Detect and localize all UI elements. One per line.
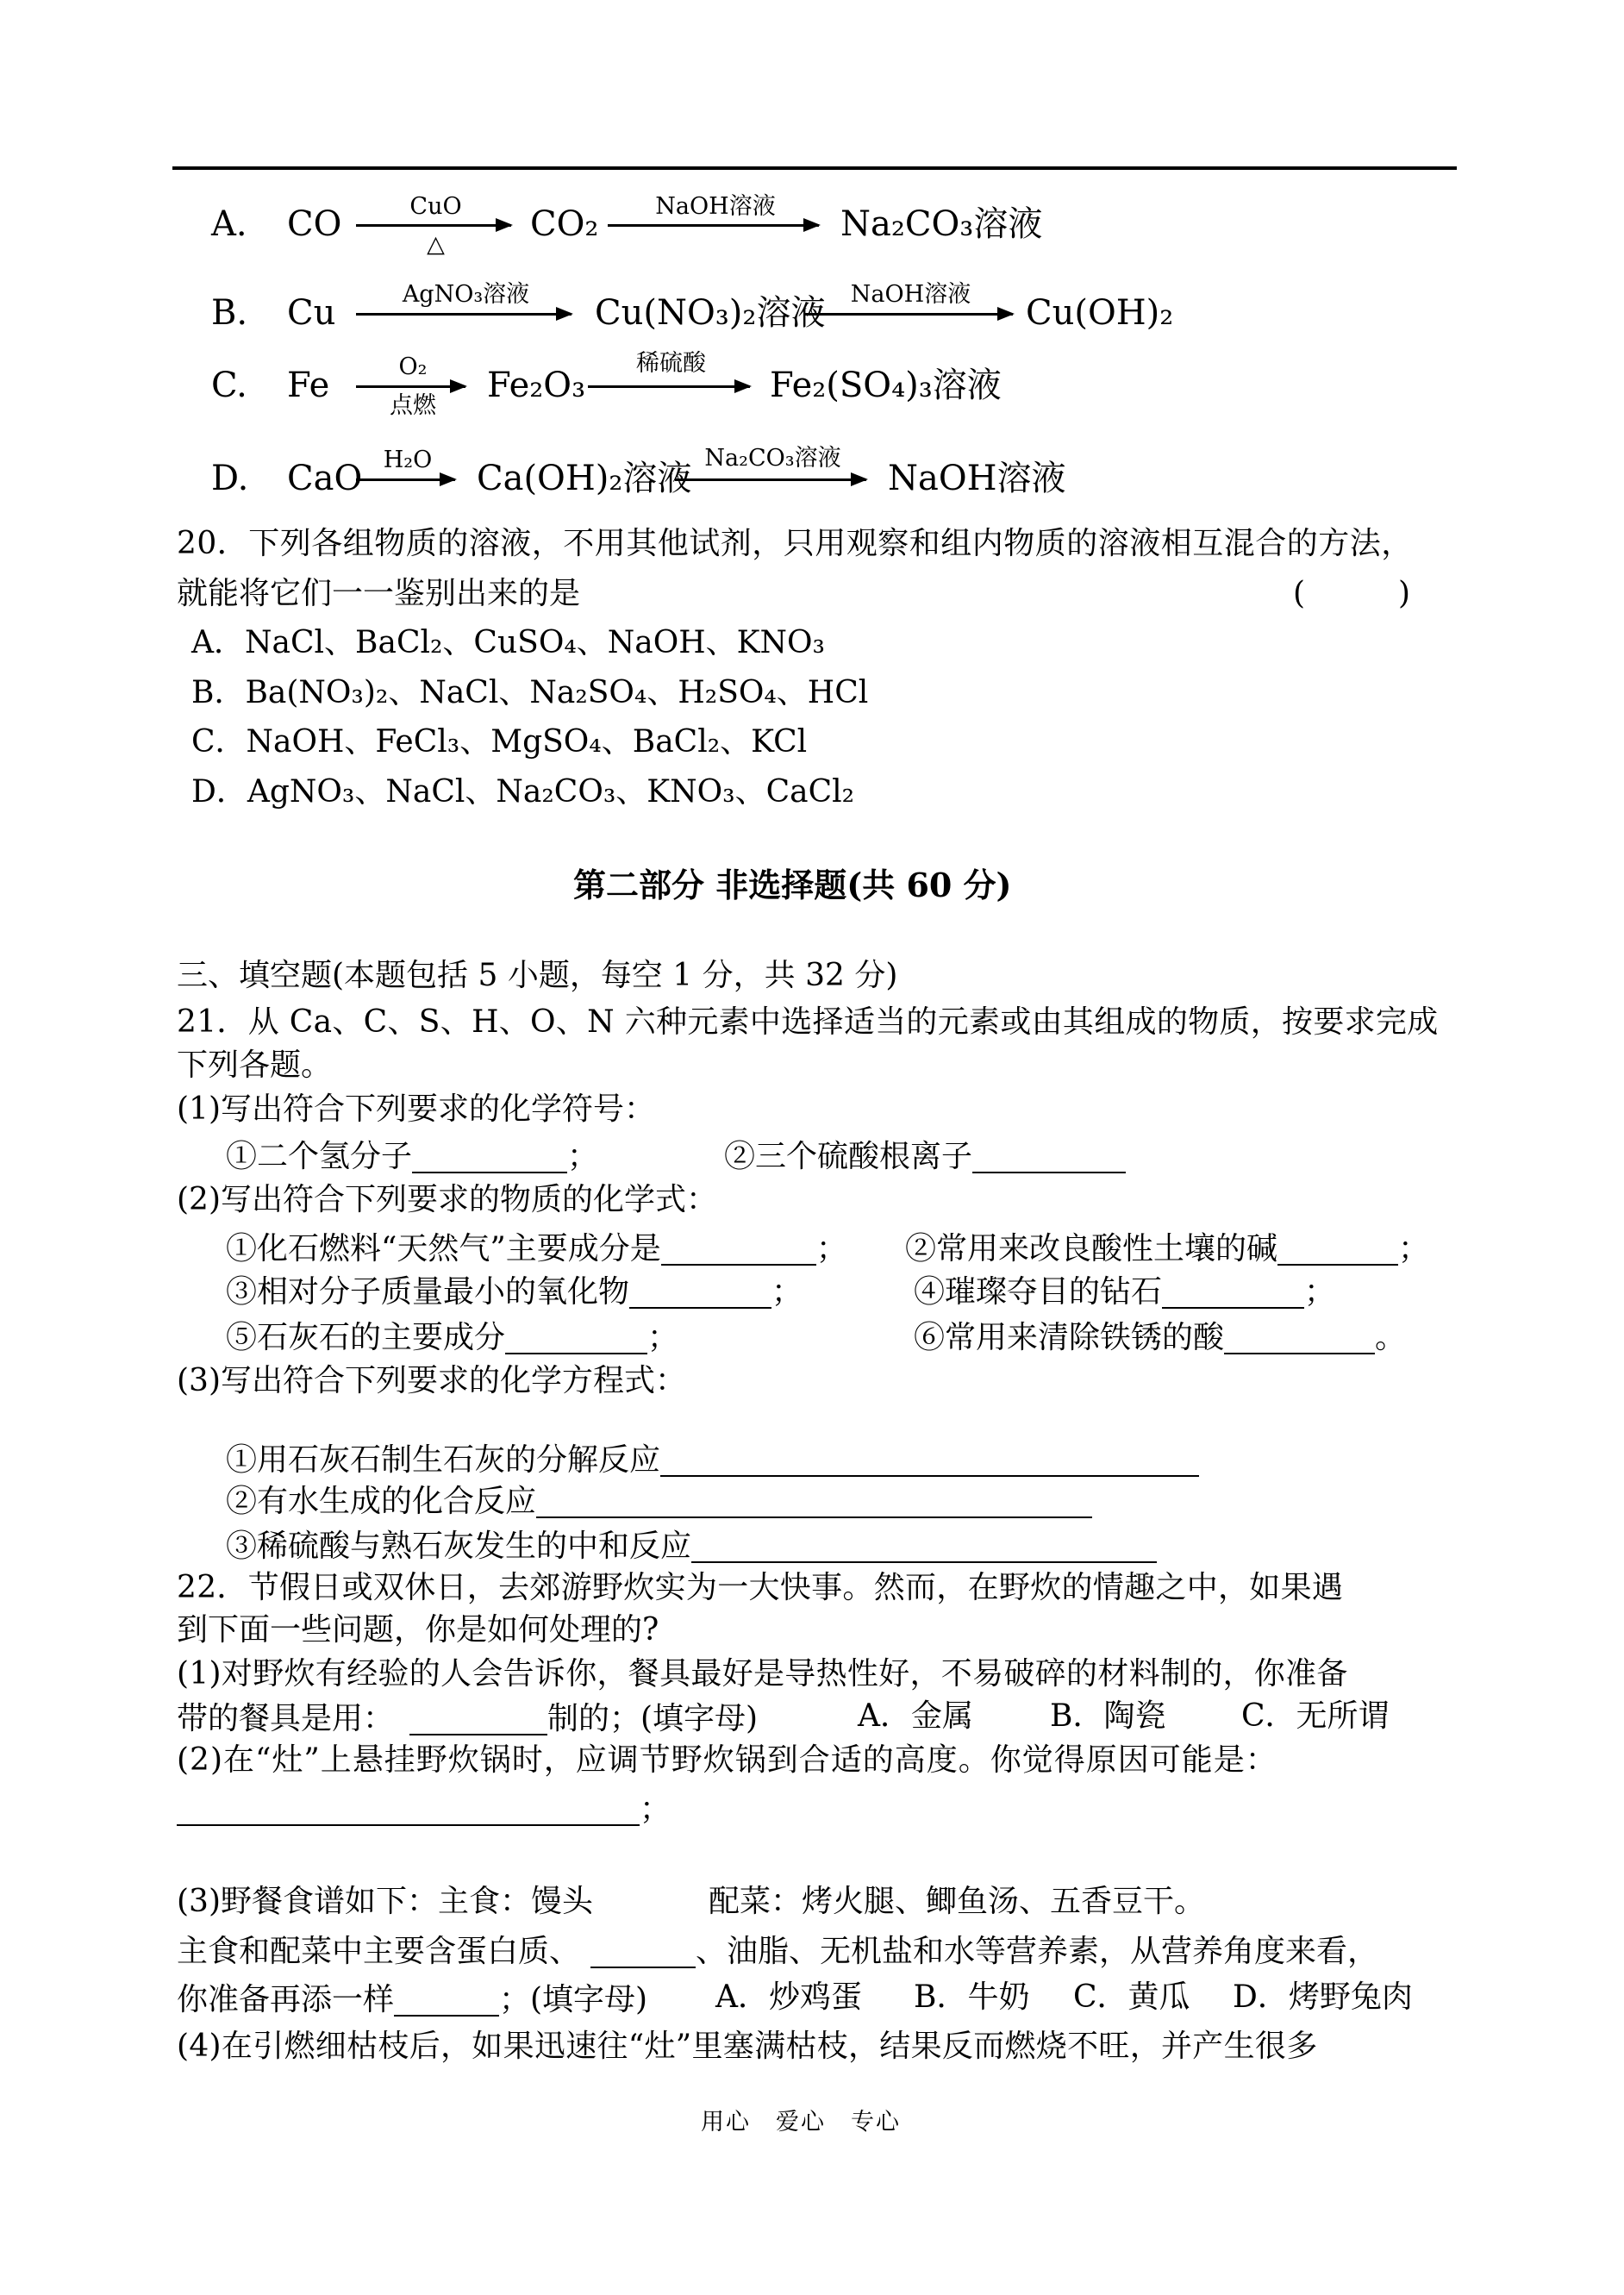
answer-blank[interactable] xyxy=(1224,1320,1375,1354)
answer-blank[interactable] xyxy=(394,1982,499,2017)
q22-sub3-menu-sides: 配菜：烤火腿、鲫鱼汤、五香豆干。 xyxy=(709,1886,1205,1917)
q22-sub3-menu-main: (3)野餐食谱如下：主食：馒头 xyxy=(177,1886,593,1917)
q21-sub2-heading: (2)写出符合下列要求的物质的化学式： xyxy=(177,1185,717,1216)
q22-sub3-suffix: 、油脂、无机盐和水等营养素，从营养角度来看， xyxy=(696,1934,1378,1969)
q22-sub3-line3: 你准备再添一样；(填字母) xyxy=(177,1982,647,2017)
condition-above: O₂ xyxy=(356,355,470,378)
q20-option-b: B．Ba(NO₃)₂、NaCl、Na₂SO₄、H₂SO₄、HCl xyxy=(191,678,868,709)
choice-d: D．烤野兔肉 xyxy=(1233,1982,1413,2013)
q22-sub3-prompt: 主食和配菜中主要含蛋白质、 xyxy=(177,1934,580,1969)
answer-blank[interactable] xyxy=(505,1320,647,1354)
answer-blank[interactable] xyxy=(177,1792,640,1826)
q20-stem-line2: 就能将它们一一鉴别出来的是 xyxy=(177,578,580,610)
answer-blank[interactable] xyxy=(972,1139,1126,1173)
q21-sub2-item2: ②常用来改良酸性土壤的碱 xyxy=(905,1231,1277,1266)
separator: 。 xyxy=(1375,1320,1406,1355)
q21-sub3-item3: ③稀硫酸与熟石灰发生的中和反应 xyxy=(226,1529,691,1564)
q21-stem-line2: 下列各题。 xyxy=(177,1050,332,1081)
separator: ； xyxy=(567,1139,598,1174)
choice-c: C．无所谓 xyxy=(1241,1701,1390,1732)
choice-b: B．陶瓷 xyxy=(1050,1701,1165,1732)
product: NaOH溶液 xyxy=(888,461,1066,496)
answer-blank[interactable] xyxy=(536,1484,1092,1518)
q22-sub1-line1: (1)对野炊有经验的人会告诉你，餐具最好是导热性好，不易破碎的材料制的，你准备 xyxy=(177,1659,1348,1690)
q21-sub2-item5: ⑤石灰石的主要成分 xyxy=(226,1320,505,1355)
q21-sub2-item1: ①化石燃料“天然气”主要成分是 xyxy=(226,1231,661,1266)
q21-sub2-row1: ①化石燃料“天然气”主要成分是； xyxy=(226,1231,847,1266)
separator: ； xyxy=(1398,1231,1429,1266)
q21-sub3-heading: (3)写出符合下列要求的化学方程式： xyxy=(177,1366,686,1397)
section-title: 第二部分 非选择题(共 60 分) xyxy=(573,869,1012,902)
reactant: Fe xyxy=(287,368,329,403)
q21-sub3-item1: ①用石灰石制生石灰的分解反应 xyxy=(226,1442,660,1478)
option-label: A. xyxy=(211,207,247,241)
q21-sub2-item3: ③相对分子质量最小的氧化物 xyxy=(226,1274,629,1310)
condition-above: AgNO₃溶液 xyxy=(356,283,576,306)
choice-a: A．金属 xyxy=(858,1701,973,1732)
q21-sub3-row2: ②有水生成的化合反应 xyxy=(226,1484,1092,1518)
q21-sub1-row: ①二个氢分子； xyxy=(226,1139,598,1173)
arrow-icon xyxy=(356,478,455,481)
reactant: Cu xyxy=(287,296,335,330)
condition-above: Na₂CO₃溶液 xyxy=(675,447,871,470)
q21-sub1-item1: ①二个氢分子 xyxy=(226,1139,412,1174)
part3-header: 三、填空题(本题包括 5 小题，每空 1 分，共 32 分) xyxy=(177,960,897,991)
condition-above: H₂O xyxy=(356,448,459,472)
answer-blank[interactable] xyxy=(412,1139,567,1173)
arrow-icon xyxy=(804,313,1013,316)
choice-c: C．黄瓜 xyxy=(1073,1982,1190,2013)
choice-a: A．炒鸡蛋 xyxy=(715,1982,862,2013)
q21-sub2-row3: ⑤石灰石的主要成分； xyxy=(226,1320,678,1354)
q21-sub2-row1b: ②常用来改良酸性土壤的碱； xyxy=(905,1231,1429,1266)
choice-b: B．牛奶 xyxy=(914,1982,1029,2013)
separator: ； xyxy=(771,1274,803,1310)
condition-above: 稀硫酸 xyxy=(588,352,754,375)
q20-option-c: C．NaOH、FeCl₃、MgSO₄、BaCl₂、KCl xyxy=(191,727,807,758)
q22-sub2-line1: (2)在“灶”上悬挂野炊锅时，应调节野炊锅到合适的高度。你觉得原因可能是： xyxy=(177,1745,1277,1776)
option-label: D. xyxy=(211,461,248,496)
q22-sub2-line2: ； xyxy=(177,1792,671,1826)
q21-sub3-item2: ②有水生成的化合反应 xyxy=(226,1484,536,1519)
q22-sub4-line1: (4)在引燃细枯枝后，如果迅速往“灶”里塞满枯枝，结果反而燃烧不旺，并产生很多 xyxy=(177,2031,1318,2062)
answer-blank[interactable] xyxy=(691,1529,1157,1563)
q22-sub3-prompt2: 你准备再添一样 xyxy=(177,1982,394,2017)
q22-stem-line2: 到下面一些问题，你是如何处理的? xyxy=(177,1615,659,1646)
intermediate: CO₂ xyxy=(530,207,598,241)
condition-above: NaOH溶液 xyxy=(608,195,823,218)
separator: ； xyxy=(647,1320,678,1355)
q21-sub2-item4: ④璀璨夺目的钻石 xyxy=(914,1274,1162,1310)
q22-sub1-prompt: 带的餐具是用： xyxy=(177,1701,394,1736)
q21-sub1-item2: ②三个硫酸根离子 xyxy=(724,1139,972,1174)
q22-sub3-suffix2: ；(填字母) xyxy=(499,1982,647,2017)
q22-sub3-line2: 主食和配菜中主要含蛋白质、、油脂、无机盐和水等营养素，从营养角度来看， xyxy=(177,1934,1378,1968)
intermediate: Ca(OH)₂溶液 xyxy=(477,461,691,496)
separator: ； xyxy=(640,1792,671,1827)
reactant: CaO xyxy=(287,461,362,496)
arrow-icon xyxy=(356,385,465,388)
q20-option-a: A．NaCl、BaCl₂、CuSO₄、NaOH、KNO₃ xyxy=(191,628,825,659)
header-rule xyxy=(172,166,1457,170)
q21-sub1-row2: ②三个硫酸根离子 xyxy=(724,1139,1126,1173)
answer-blank[interactable] xyxy=(661,1231,816,1266)
q21-sub3-row3: ③稀硫酸与熟石灰发生的中和反应 xyxy=(226,1529,1157,1563)
q22-stem-line1: 22．节假日或双休日，去郊游野炊实为一大快事。然而，在野炊的情趣之中，如果遇 xyxy=(177,1573,1343,1604)
q21-sub1-heading: (1)写出符合下列要求的化学符号： xyxy=(177,1094,655,1125)
option-label: B. xyxy=(211,296,247,330)
product: Fe₂(SO₄)₃溶液 xyxy=(770,368,1002,403)
answer-blank[interactable] xyxy=(660,1442,1199,1477)
answer-blank[interactable] xyxy=(1162,1274,1304,1309)
q22-sub1-suffix: 制的；(填字母) xyxy=(547,1701,758,1736)
q20-stem-line1: 20．下列各组物质的溶液，不用其他试剂，只用观察和组内物质的溶液相互混合的方法， xyxy=(177,528,1413,560)
q21-sub2-row2: ③相对分子质量最小的氧化物； xyxy=(226,1274,803,1309)
intermediate: Fe₂O₃ xyxy=(487,368,585,403)
separator: ； xyxy=(1304,1274,1335,1310)
product: Cu(OH)₂ xyxy=(1026,296,1173,330)
q21-sub3-row1: ①用石灰石制生石灰的分解反应 xyxy=(226,1442,1199,1477)
arrow-icon xyxy=(608,224,819,227)
arrow-icon xyxy=(356,224,511,227)
option-label: C. xyxy=(211,368,247,403)
q20-option-d: D．AgNO₃、NaCl、Na₂CO₃、KNO₃、CaCl₂ xyxy=(191,777,854,808)
reactant: CO xyxy=(287,207,341,241)
answer-blank[interactable] xyxy=(629,1274,771,1309)
intermediate: Cu(NO₃)₂溶液 xyxy=(595,296,825,330)
answer-blank[interactable] xyxy=(409,1701,547,1735)
answer-blank[interactable] xyxy=(1277,1231,1398,1266)
condition-above: CuO xyxy=(356,195,515,218)
answer-blank[interactable] xyxy=(590,1934,696,1968)
q22-sub1-line2: 带的餐具是用：制的；(填字母) xyxy=(177,1701,758,1735)
heat-triangle-icon: △ xyxy=(356,233,515,256)
arrow-icon xyxy=(356,313,572,316)
condition-above: NaOH溶液 xyxy=(804,283,1017,306)
product: Na₂CO₃溶液 xyxy=(840,207,1042,241)
q21-stem-line1: 21．从 Ca、C、S、H、O、N 六种元素中选择适当的元素或由其组成的物质，按… xyxy=(177,1007,1439,1038)
q21-sub2-row3b: ⑥常用来清除铁锈的酸。 xyxy=(914,1320,1406,1354)
arrow-icon xyxy=(675,478,866,481)
separator: ； xyxy=(816,1231,847,1266)
answer-bracket[interactable]: ( ) xyxy=(1293,578,1410,610)
condition-below: 点燃 xyxy=(356,394,470,417)
arrow-icon xyxy=(588,385,750,388)
q21-sub2-item6: ⑥常用来清除铁锈的酸 xyxy=(914,1320,1224,1355)
q21-sub2-row2b: ④璀璨夺目的钻石； xyxy=(914,1274,1335,1309)
page-footer: 用心 爱心 专心 xyxy=(701,2111,901,2134)
